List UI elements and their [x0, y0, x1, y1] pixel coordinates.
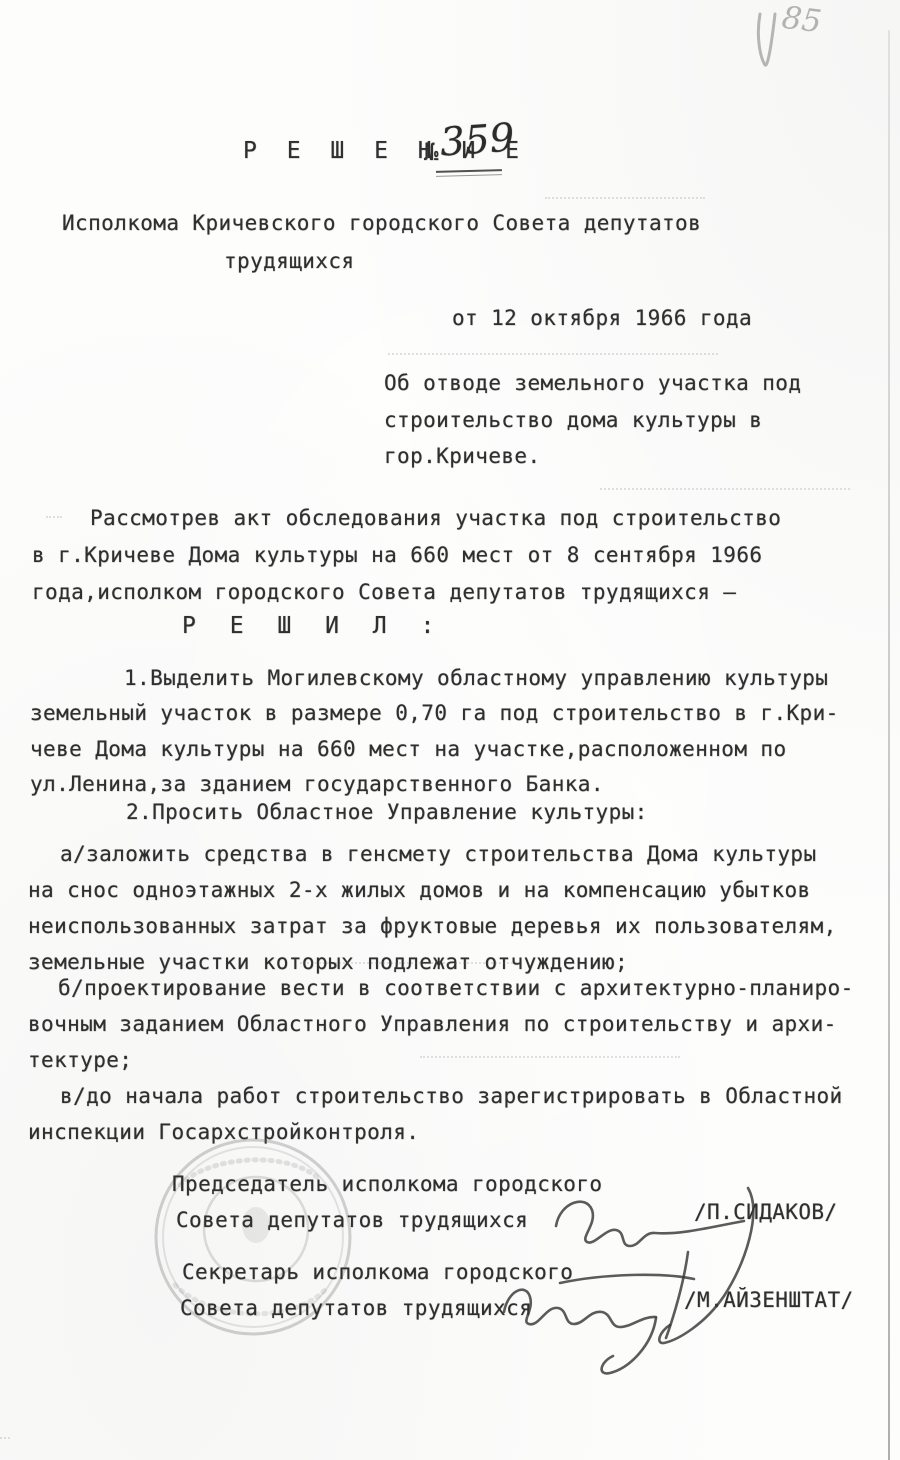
numero-sign: №: [424, 140, 439, 164]
corner-annotation: 85: [780, 0, 824, 40]
item2a-line: неиспользованных затрат за фруктовые дер…: [28, 914, 837, 938]
chairman-title-line: Совета депутатов трудящихся: [176, 1208, 528, 1232]
preamble-line: Рассмотрев акт обследования участка под …: [90, 506, 781, 530]
date-line: от 12 октября 1966 года: [452, 306, 752, 330]
scan-noise: [0, 1437, 10, 1439]
scan-noise: [600, 488, 850, 490]
scan-noise: [420, 1056, 680, 1058]
subject-line: Об отводе земельного участка под: [384, 371, 801, 395]
item1-line: 1.Выделить Могилевскому областному управ…: [124, 666, 828, 690]
issuer-line: Исполкома Кричевского городского Совета …: [62, 211, 701, 235]
item2b-line: б/проектирование вести в соответствии с …: [58, 976, 854, 1000]
issuer-line: трудящихся: [224, 249, 354, 273]
resolved-heading: Р Е Ш И Л :: [182, 614, 444, 638]
item2v-line: в/до начала работ строительство зарегист…: [60, 1084, 843, 1108]
scan-noise: [300, 962, 520, 964]
document-page: 85 Р Е Ш Е Н И Е № 359 Исполкома Кричевс…: [0, 0, 900, 1460]
item2-heading: 2.Просить Областное Управление культуры:: [126, 800, 648, 824]
secretary-name: /М.АЙЗЕНШТАТ/: [684, 1288, 854, 1312]
number-underline: [436, 169, 502, 177]
official-stamp: [140, 1125, 370, 1359]
subject-line: строительство дома культуры в: [384, 408, 762, 432]
preamble-line: года,исполком городского Совета депутато…: [32, 580, 736, 604]
item2b-line: тектуре;: [28, 1048, 132, 1072]
item2a-line: а/заложить средства в генсмету строитель…: [60, 842, 817, 866]
scan-noise: [545, 197, 705, 199]
subject-line: гор.Кричеве.: [384, 444, 541, 468]
decision-number: 359: [439, 115, 516, 165]
chairman-name: /П.СИДАКОВ/: [694, 1200, 837, 1224]
item2b-line: вочным заданием Областного Управления по…: [28, 1012, 837, 1036]
secretary-title-line: Секретарь исполкома городского: [182, 1260, 573, 1284]
secretary-title-line: Совета депутатов трудящихся: [180, 1296, 532, 1320]
item1-line: земельный участок в размере 0,70 га под …: [30, 701, 839, 725]
page-edge-shadow: [888, 30, 890, 1460]
chairman-title-line: Председатель исполкома городского: [172, 1172, 602, 1196]
item1-line: чеве Дома культуры на 660 мест на участк…: [30, 737, 787, 761]
item1-line: ул.Ленина,за зданием государственного Ба…: [30, 772, 604, 796]
scan-noise: [46, 516, 62, 518]
scan-noise: [388, 353, 718, 355]
item2a-line: на снос одноэтажных 2-х жилых домов и на…: [28, 878, 811, 902]
preamble-line: в г.Кричеве Дома культуры на 660 мест от…: [32, 543, 762, 567]
